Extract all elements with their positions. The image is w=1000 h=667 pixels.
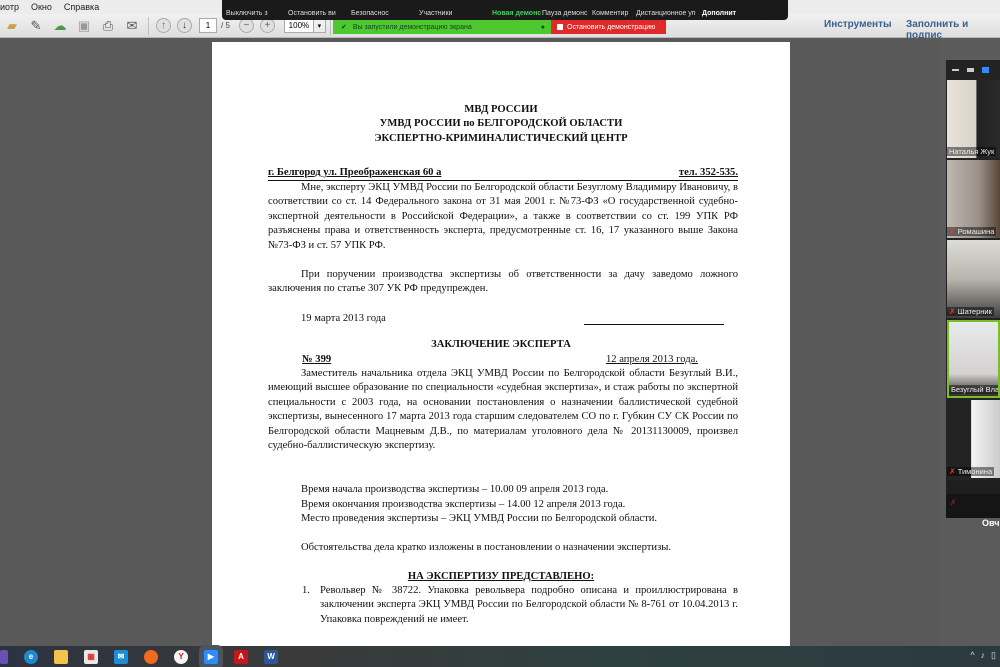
stop-share-button[interactable]: Остановить демонстрацию	[551, 20, 666, 34]
restore-icon[interactable]	[967, 68, 974, 72]
taskbar-app-icon[interactable]	[0, 650, 8, 664]
place: Место проведения экспертизы – ЭКЦ УМВД Р…	[268, 512, 738, 526]
participant-name: Наталья Жук	[947, 147, 996, 156]
tools-link[interactable]: Инструменты	[824, 19, 892, 30]
remote-control-button[interactable]: Дистанционное уп	[636, 10, 702, 17]
phone: тел. 352-535.	[679, 166, 738, 180]
header-line: УМВД РОССИИ по БЕЛГОРОДСКОЙ ОБЛАСТИ	[212, 117, 790, 131]
chevron-up-icon[interactable]: ^	[970, 650, 974, 661]
zoom-dropdown-icon[interactable]: ▾	[314, 18, 326, 33]
address-line: г. Белгород ул. Преображенская 60 а тел.…	[268, 166, 738, 181]
firefox-icon[interactable]	[144, 650, 158, 664]
file-explorer-icon[interactable]	[54, 650, 68, 664]
time-end: Время окончания производства экспертизы …	[268, 498, 738, 512]
signature-line	[584, 324, 724, 325]
list-item: Револьвер № 38722. Упаковка револьвера п…	[320, 584, 738, 627]
rights-paragraph: Мне, эксперту ЭКЦ УМВД России по Белгоро…	[268, 181, 738, 253]
mic-muted-icon: ✗	[949, 227, 956, 236]
system-tray: ^ ♪ ▯	[970, 650, 996, 661]
sharing-text: Вы запустили демонстрацию экрана	[353, 24, 535, 31]
minimize-icon[interactable]	[952, 69, 959, 71]
stop-icon	[557, 24, 563, 30]
address: г. Белгород ул. Преображенская 60 а	[268, 166, 441, 180]
pause-share-button[interactable]: Пауза демонс	[542, 10, 592, 17]
gallery-view-icon[interactable]	[982, 67, 989, 73]
zoom-icon[interactable]: ▶	[204, 650, 218, 664]
separator	[148, 17, 149, 35]
cloud-upload-icon[interactable]: ☁	[52, 18, 68, 34]
store-icon[interactable]: ▦	[84, 650, 98, 664]
shield-icon: ●	[541, 24, 545, 31]
mic-muted-icon: ✗	[949, 467, 956, 476]
warning-paragraph: При поручении производства экспертизы об…	[268, 268, 738, 297]
participant-tile[interactable]: Наталья Жук	[947, 80, 1000, 158]
zoom-out-icon[interactable]: −	[239, 18, 254, 33]
expert-paragraph: Заместитель начальника отдела ЭКЦ УМВД Р…	[268, 367, 738, 453]
next-page-icon[interactable]: ↓	[177, 18, 192, 33]
zoom-in-icon[interactable]: +	[260, 18, 275, 33]
mute-button[interactable]: Выключить з	[226, 10, 288, 17]
menu-window[interactable]: Окно	[31, 2, 52, 12]
zoom-video-panel: Наталья Жук ✗Ромашина ✗Шатерник Безуглый…	[946, 60, 1000, 494]
conclusion-date: 12 апреля 2013 года.	[606, 353, 698, 367]
save-icon[interactable]: ▣	[76, 18, 92, 34]
acrobat-icon[interactable]: A	[234, 650, 248, 664]
stop-share-label: Остановить демонстрацию	[567, 24, 655, 31]
mic-muted-icon: ✗	[950, 498, 957, 507]
participant-name: Безуглый Вла	[949, 385, 1000, 394]
header-line: ЭКСПЕРТНО-КРИМИНАЛИСТИЧЕСКИЙ ЦЕНТР	[212, 132, 790, 146]
print-icon[interactable]: ⎙	[100, 18, 116, 34]
stop-video-button[interactable]: Остановить ви	[288, 10, 351, 17]
speaker-icon[interactable]: ♪	[981, 650, 986, 661]
list-number: 1.	[302, 584, 310, 598]
pdf-page: МВД РОССИИ УМВД РОССИИ по БЕЛГОРОДСКОЙ О…	[212, 42, 790, 646]
video-panel-footer: ✗	[946, 494, 1000, 518]
participant-tile[interactable]: ✗Ромашина	[947, 160, 1000, 238]
more-button[interactable]: Дополнит	[702, 10, 740, 17]
network-icon[interactable]: ▯	[991, 650, 996, 661]
circumstances-paragraph: Обстоятельства дела кратко изложены в по…	[268, 541, 738, 555]
new-share-button[interactable]: Новая демонс	[492, 10, 542, 17]
email-icon[interactable]: ✉	[124, 18, 140, 34]
org-header: МВД РОССИИ УМВД РОССИИ по БЕЛГОРОДСКОЙ О…	[212, 103, 790, 146]
share-banner: ✔ Вы запустили демонстрацию экрана ● Ост…	[333, 20, 666, 34]
header-line: МВД РОССИИ	[212, 103, 790, 117]
participant-tile[interactable]: ✗Тимонина	[947, 400, 1000, 478]
mail-icon[interactable]: ✉	[114, 650, 128, 664]
zoom-level-input[interactable]: 100%	[284, 18, 314, 33]
yandex-icon[interactable]: Y	[174, 650, 188, 664]
check-icon: ✔	[341, 23, 347, 31]
participant-tile[interactable]: ✗Шатерник	[947, 240, 1000, 318]
edge-icon[interactable]: e	[24, 650, 38, 664]
page-number-input[interactable]: 1	[199, 18, 217, 33]
page-total: / 5	[221, 21, 230, 30]
previous-page-icon[interactable]: ↑	[156, 18, 171, 33]
security-button[interactable]: Безопаснос	[351, 10, 419, 17]
menu-view[interactable]: иотр	[0, 2, 19, 12]
annotate-button[interactable]: Комментир	[592, 10, 636, 17]
conclusion-number: № 399	[302, 353, 331, 367]
windows-taskbar: e ▦ ✉ Y ▶ A W ^ ♪ ▯	[0, 646, 1000, 667]
sharing-status: ✔ Вы запустили демонстрацию экрана ●	[333, 20, 551, 34]
participants-button[interactable]: Участники	[419, 10, 492, 17]
open-icon[interactable]: ▰	[4, 18, 20, 34]
time-start: Время начала производства экспертизы – 1…	[268, 483, 738, 497]
submitted-heading: НА ЭКСПЕРТИЗУ ПРЕДСТАВЛЕНО:	[212, 570, 790, 584]
edit-icon[interactable]: ✎	[28, 18, 44, 34]
participant-tile-active[interactable]: Безуглый Вла	[947, 320, 1000, 398]
word-icon[interactable]: W	[264, 650, 278, 664]
participant-name: ✗Ромашина	[947, 227, 996, 236]
participant-name: ✗Тимонина	[947, 467, 994, 476]
participant-name: ✗Шатерник	[947, 307, 994, 316]
menu-help[interactable]: Справка	[64, 2, 99, 12]
panel-header	[946, 60, 1000, 80]
participant-tile[interactable]	[947, 480, 1000, 494]
conclusion-title: ЗАКЛЮЧЕНИЕ ЭКСПЕРТА	[212, 338, 790, 352]
mic-muted-icon: ✗	[949, 307, 956, 316]
participant-name-no-video: Овч	[982, 518, 999, 528]
zoom-meeting-controls: Выключить з Остановить ви Безопаснос Уча…	[222, 0, 788, 20]
